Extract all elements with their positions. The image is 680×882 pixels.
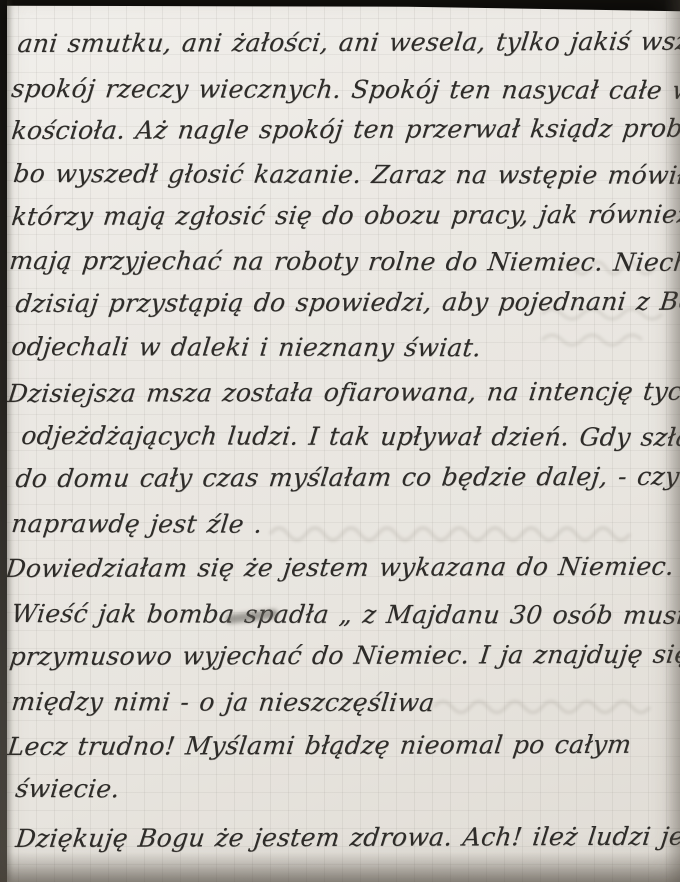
handwritten-line: przymusowo wyjechać do Niemiec. I ja zna…: [8, 640, 680, 671]
scan-edge-right: [664, 0, 680, 882]
handwritten-line: mają przyjechać na roboty rolne do Niemi…: [8, 246, 680, 277]
scan-edge-bottom: [0, 852, 680, 882]
handwritten-line: świecie.: [14, 774, 121, 803]
handwritten-line: Dzisiejsza msza została ofiarowana, na i…: [6, 377, 680, 408]
handwritten-text: ani smutku, ani żałości, ani wesela, tyl…: [0, 0, 680, 882]
handwritten-line: Wieść jak bomba spadła „ z Majdanu 30 os…: [10, 599, 680, 630]
scan-edge-left: [0, 0, 7, 882]
scanned-diary-page: ani smutku, ani żałości, ani wesela, tyl…: [0, 0, 680, 882]
handwritten-line: między nimi - o ja nieszczęśliwa: [10, 687, 436, 717]
handwritten-line: dzisiaj przystąpią do spowiedzi, aby poj…: [14, 286, 680, 318]
handwritten-line: Dziękuję Bogu że jestem zdrowa. Ach! ile…: [14, 822, 680, 853]
handwritten-line: do domu cały czas myślałam co będzie dal…: [14, 462, 680, 493]
handwritten-line: odjeżdżających ludzi. I tak upływał dzie…: [20, 421, 680, 452]
handwritten-line: naprawdę jest źle .: [10, 509, 264, 539]
handwritten-line: Lecz trudno! Myślami błądzę nieomal po c…: [6, 730, 633, 761]
handwritten-line: odjechali w daleki i nieznany świat.: [10, 332, 483, 362]
handwritten-line: ani smutku, ani żałości, ani wesela, tyl…: [16, 26, 680, 58]
handwritten-line: bo wyszedł głosić kazanie. Zaraz na wstę…: [12, 159, 680, 190]
handwritten-line: Dowiedziałam się że jestem wykazana do N…: [4, 552, 676, 583]
handwritten-line: spokój rzeczy wiecznych. Spokój ten nasy…: [10, 74, 680, 105]
handwritten-line: którzy mają zgłosić się do obozu pracy, …: [10, 199, 680, 231]
handwritten-line: kościoła. Aż nagle spokój ten przerwał k…: [10, 113, 680, 145]
